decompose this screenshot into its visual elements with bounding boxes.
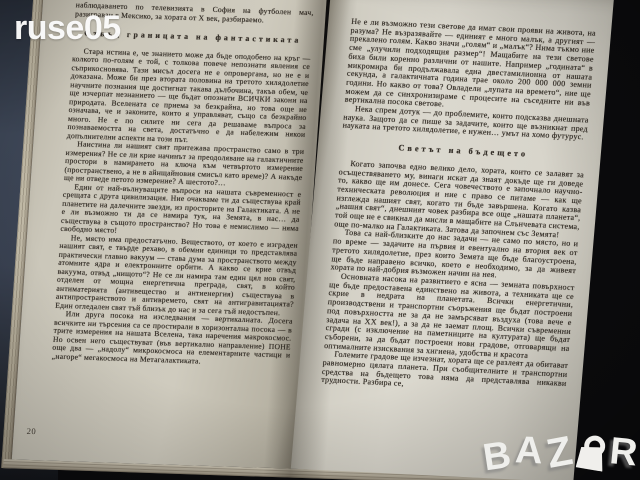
bazar-logo-letter: A — [515, 431, 544, 470]
paragraph: Основната насока на развитието е ясна — … — [324, 272, 575, 362]
book-listing-photo: наблюдаването по телевизията в София на … — [0, 0, 640, 480]
section-heading: Светът на бъдещето — [341, 142, 586, 163]
bazar-logo-letter: B — [481, 436, 514, 478]
book-left-page: наблюдаването по телевизията в София на … — [12, 0, 328, 469]
bag-body — [576, 445, 606, 472]
page-number: 20 — [26, 426, 36, 436]
paragraph: Един от най-вълнуващите въпроси на нашат… — [60, 182, 301, 241]
left-page-text: наблюдаването по телевизията в София на … — [19, 0, 328, 369]
right-page-text: Не е ли възможно тези светове да имат св… — [298, 0, 614, 398]
bazar-logo-letter: Z — [544, 431, 576, 476]
paragraph: Когато започва едно велико дело, хората,… — [334, 159, 584, 240]
shopping-bag-icon — [576, 440, 606, 472]
paragraph: Или друга посока на изследвания — вертик… — [52, 310, 293, 369]
paragraph: Стара истина е, че знанието може да бъде… — [67, 47, 311, 148]
paragraph: Не е ли възможно тези светове да имат св… — [344, 18, 596, 117]
photographer-watermark: ruse05 — [14, 9, 121, 48]
bazar-marketplace-logo: B A Z R — [483, 432, 639, 474]
open-book: наблюдаването по телевизията в София на … — [1, 0, 611, 480]
book-right-page: Не е ли възможно тези светове да имат св… — [291, 0, 614, 480]
paragraph: Не, място има предостатъчно. Веществото,… — [55, 233, 298, 317]
bazar-logo-letter: R — [609, 432, 640, 472]
